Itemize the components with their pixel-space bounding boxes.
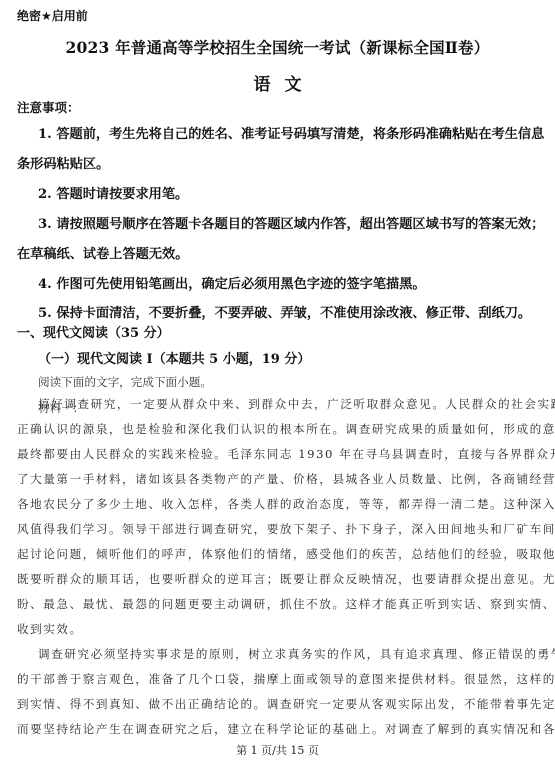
reading-instruction: 阅读下面的文字，完成下面小题。 xyxy=(38,374,212,390)
passage-line: 既要听群众的顺耳话，也要听群众的逆耳言；既要让群众反映情况，也要请群众提出意见。… xyxy=(17,571,555,587)
passage-line: 了大量第一手材料，诸如该县各类物产的产量、价格，县城各业人员数量、比例，各商铺经… xyxy=(17,471,555,487)
passage-line: 各地农民分了多少土地、收入怎样，各类人群的政治态度，等等，都弄得一清二楚。这种深… xyxy=(17,496,555,512)
passage-line: 最终都要由人民群众的实践来检验。毛泽东同志 1930 年在寻乌县调查时，直接与各… xyxy=(17,446,555,462)
passage-line: 正确认识的源泉，也是检验和深化我们认识的根本所在。调查研究成果的质量如何，形成的… xyxy=(17,421,555,437)
notice-line-2: 2. 答题时请按要求用笔。 xyxy=(38,183,188,202)
passage-line: 起讨论问题，倾听他们的呼声，体察他们的情绪，感受他们的疾苦，总结他们的经验，吸取… xyxy=(17,546,555,562)
section-heading: 一、现代文阅读（35 分） xyxy=(17,322,170,341)
notice-line-4: 4. 作图可先使用铅笔画出，确定后必须用黑色字迹的签字笔描黑。 xyxy=(38,273,426,292)
notice-line-5: 5. 保持卡面清洁，不要折叠，不要弄破、弄皱，不准使用涂改液、修正带、刮纸刀。 xyxy=(38,302,531,321)
passage-line: 盼、最急、最忧、最怨的问题更要主动调研，抓住不放。这样才能真正听到实话、察到实情… xyxy=(17,596,555,612)
exam-title: 2023 年普通高等学校招生全国统一考试（新课标全国Ⅱ卷） xyxy=(0,36,555,58)
confidential-label: 绝密★启用前 xyxy=(17,7,88,24)
passage-line: 的干部善于察言观色，准备了几个口袋，揣摩上面或领导的意图来提供材料。很显然，这样… xyxy=(17,671,555,687)
passage-line: 到实情、得不到真知、做不出正确结论的。调查研究一定要从客观实际出发，不能带着事先… xyxy=(17,696,555,712)
passage-line: 收到实效。 xyxy=(17,621,83,637)
subsection-heading: （一）现代文阅读 I（本题共 5 小题，19 分） xyxy=(38,348,310,367)
notice-line-1: 1. 答题前，考生先将自己的姓名、准考证号码填写清楚，将条形码准确粘贴在考生信息 xyxy=(38,123,544,142)
subject-title: 语文 xyxy=(0,70,555,95)
notice-heading: 注意事项： xyxy=(17,98,80,116)
page-number: 第 1 页/共 15 页 xyxy=(0,742,555,758)
passage-line: 调查研究必须坚持实事求是的原则，树立求真务实的作风，具有追求真理、修正错误的勇气… xyxy=(38,646,555,662)
passage-line: 而要坚持结论产生在调查研究之后，建立在科学论证的基础上。对调查了解到的真实情况和… xyxy=(17,721,555,737)
passage-line: 风值得我们学习。领导干部进行调查研究，要放下架子、扑下身子，深入田间地头和厂矿车… xyxy=(17,521,555,537)
passage-line: 搞好调查研究，一定要从群众中来、到群众中去，广泛听取群众意见。人民群众的社会实践… xyxy=(38,396,555,412)
notice-line-3: 3. 请按照题号顺序在答题卡各题目的答题区域内作答，超出答题区域书写的答案无效； xyxy=(38,213,544,232)
notice-line-1-cont: 条形码粘贴区。 xyxy=(17,153,109,172)
notice-line-3-cont: 在草稿纸、试卷上答题无效。 xyxy=(17,243,188,262)
